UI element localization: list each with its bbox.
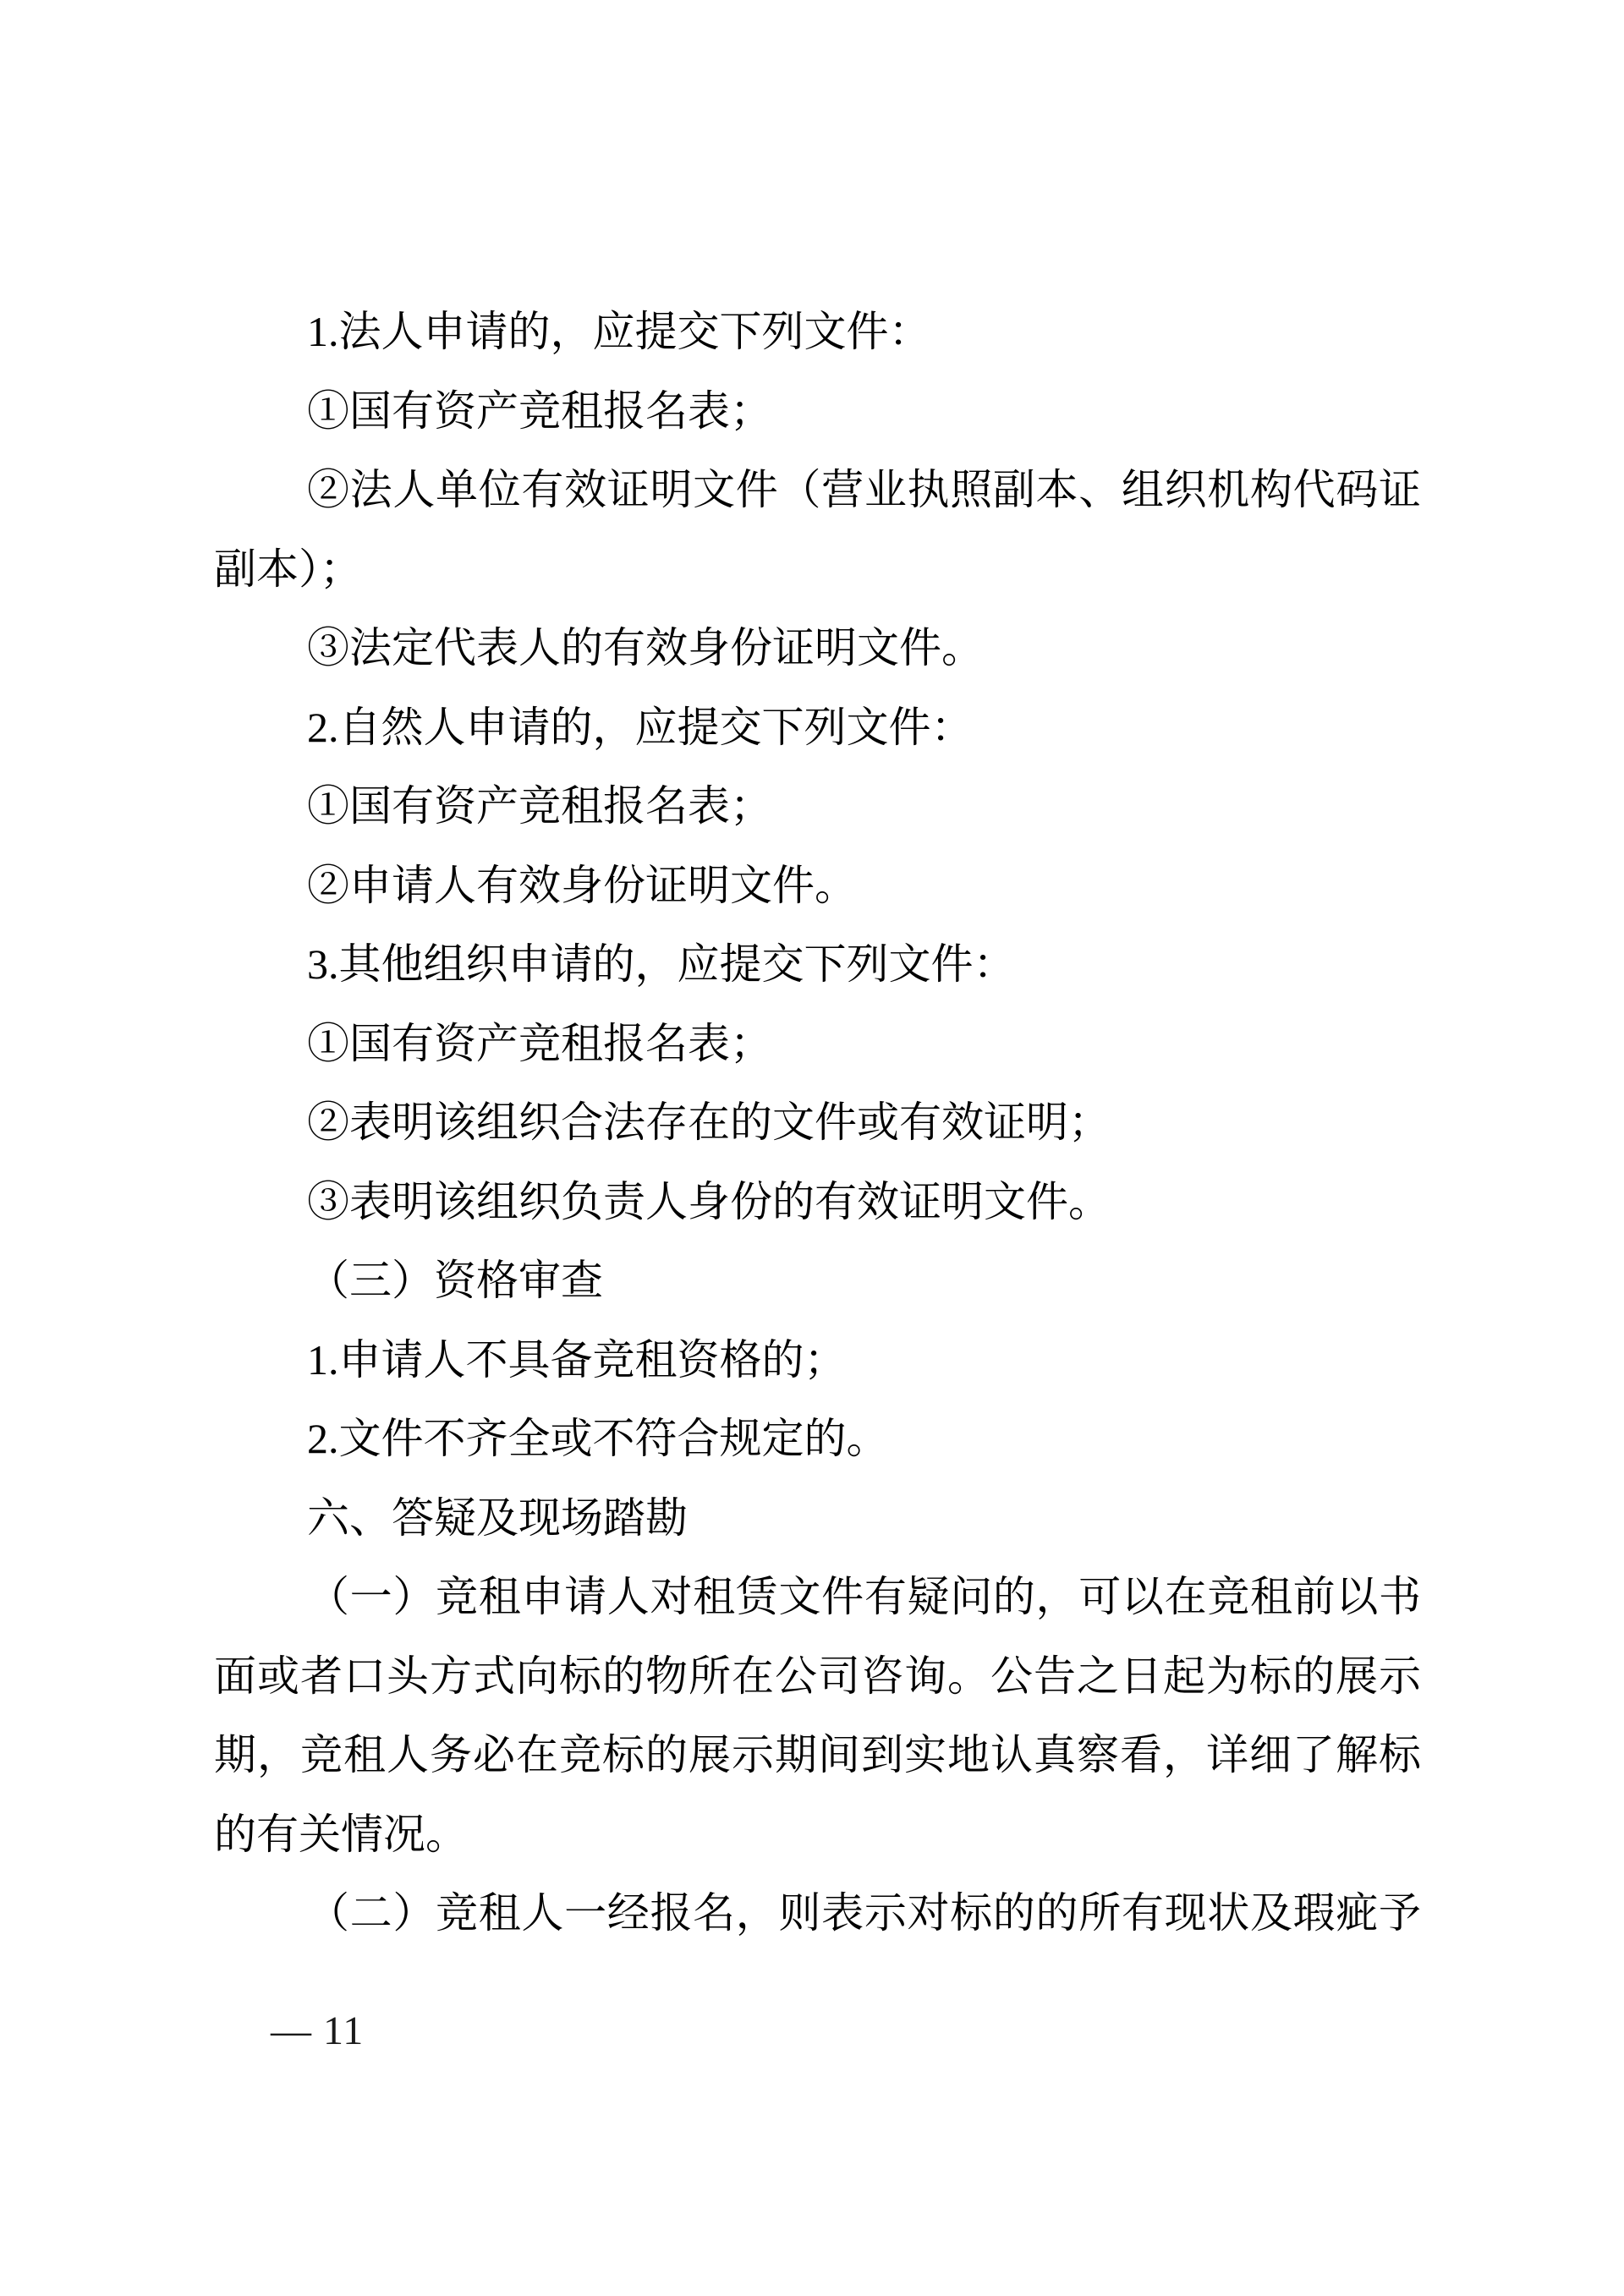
text-line: ①国有资产竞租报名表； xyxy=(214,372,1421,452)
text-line: 1.申请人不具备竞租资格的； xyxy=(214,1321,1421,1400)
text-line: 2.文件不齐全或不符合规定的。 xyxy=(214,1400,1421,1479)
text-line: 面或者口头方式向标的物所在公司咨询。公告之日起为标的展示 xyxy=(214,1637,1421,1717)
page-number: — 11 xyxy=(271,2006,364,2057)
document-body: 1.法人申请的，应提交下列文件：①国有资产竞租报名表；②法人单位有效证明文件（营… xyxy=(214,293,1421,1954)
text-line: ②表明该组织合法存在的文件或有效证明； xyxy=(214,1083,1421,1163)
text-line: 的有关情况。 xyxy=(214,1795,1421,1875)
document-page: 1.法人申请的，应提交下列文件：①国有资产竞租报名表；②法人单位有效证明文件（营… xyxy=(0,0,1624,2296)
text-line: ③法定代表人的有效身份证明文件。 xyxy=(214,609,1421,688)
text-line: 3.其他组织申请的，应提交下列文件： xyxy=(214,925,1421,1005)
text-line: ②申请人有效身份证明文件。 xyxy=(214,847,1421,926)
text-line: ③表明该组织负责人身份的有效证明文件。 xyxy=(214,1163,1421,1242)
text-line: 2.自然人申请的，应提交下列文件： xyxy=(214,688,1421,768)
text-line: ①国有资产竞租报名表； xyxy=(214,767,1421,847)
text-line: （三）资格审查 xyxy=(214,1241,1421,1321)
text-line: ②法人单位有效证明文件（营业执照副本、组织机构代码证 xyxy=(214,451,1421,530)
text-line: （一）竞租申请人对租赁文件有疑问的，可以在竞租前以书 xyxy=(214,1558,1421,1637)
text-line: 六、答疑及现场踏勘 xyxy=(214,1479,1421,1559)
text-line: 1.法人申请的，应提交下列文件： xyxy=(214,293,1421,372)
text-line: 期，竞租人务必在竞标的展示期间到实地认真察看，详细了解标 xyxy=(214,1716,1421,1795)
text-line: ①国有资产竞租报名表； xyxy=(214,1005,1421,1084)
text-line: 副本）； xyxy=(214,530,1421,610)
text-line: （二）竞租人一经报名，则表示对标的的所有现状及瑕疵予 xyxy=(214,1874,1421,1954)
